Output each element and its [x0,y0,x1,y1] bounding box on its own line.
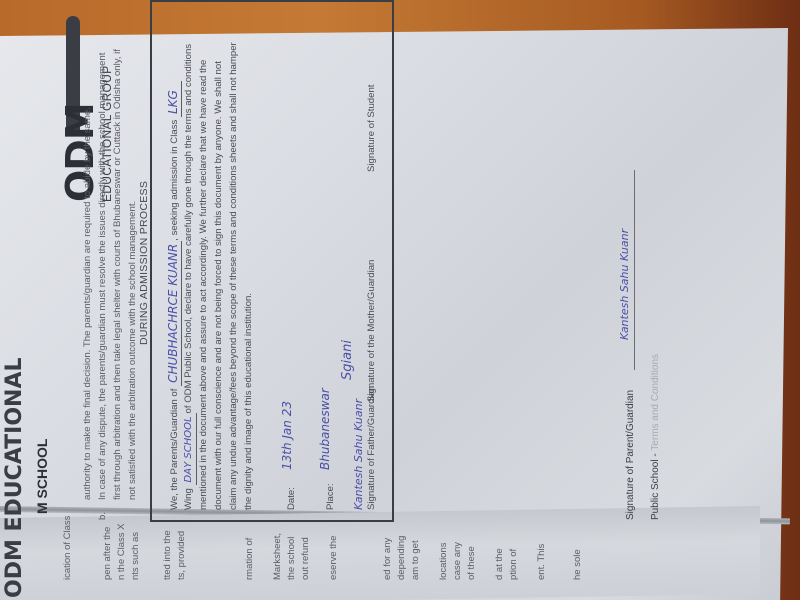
fragment: n the Class X [114,524,129,581]
fragment: the school [284,537,299,580]
fragment: case any [450,542,465,580]
fragment: depending [394,536,409,580]
left-page-content: ODM EDUCATIONAL M SCHOOL ication of Clas… [0,0,800,600]
left-page-logo: ODM EDUCATIONAL [2,358,27,599]
fragment: ication of Class [60,516,75,580]
fragment: ts, provided [174,531,189,580]
fragment: am to get [408,540,423,580]
fragment: pen after the [100,527,115,580]
fragment: out refund [298,537,313,580]
fragment: rmation of [242,538,257,580]
fragment: of these [464,546,479,580]
fragment: ent. This [534,544,549,580]
fragment: Marksheet, [270,533,285,580]
fragment: nts such as [128,532,143,580]
fragment: tted into the [160,530,175,580]
fragment: he sole [570,549,585,580]
fragment: ption of [506,549,521,580]
fragment: ed for any [380,538,395,580]
fragment: d at the [492,548,507,580]
fragment: eserve the [326,536,341,580]
fragment: locations [436,543,451,581]
school-mark: M SCHOOL [34,439,50,514]
